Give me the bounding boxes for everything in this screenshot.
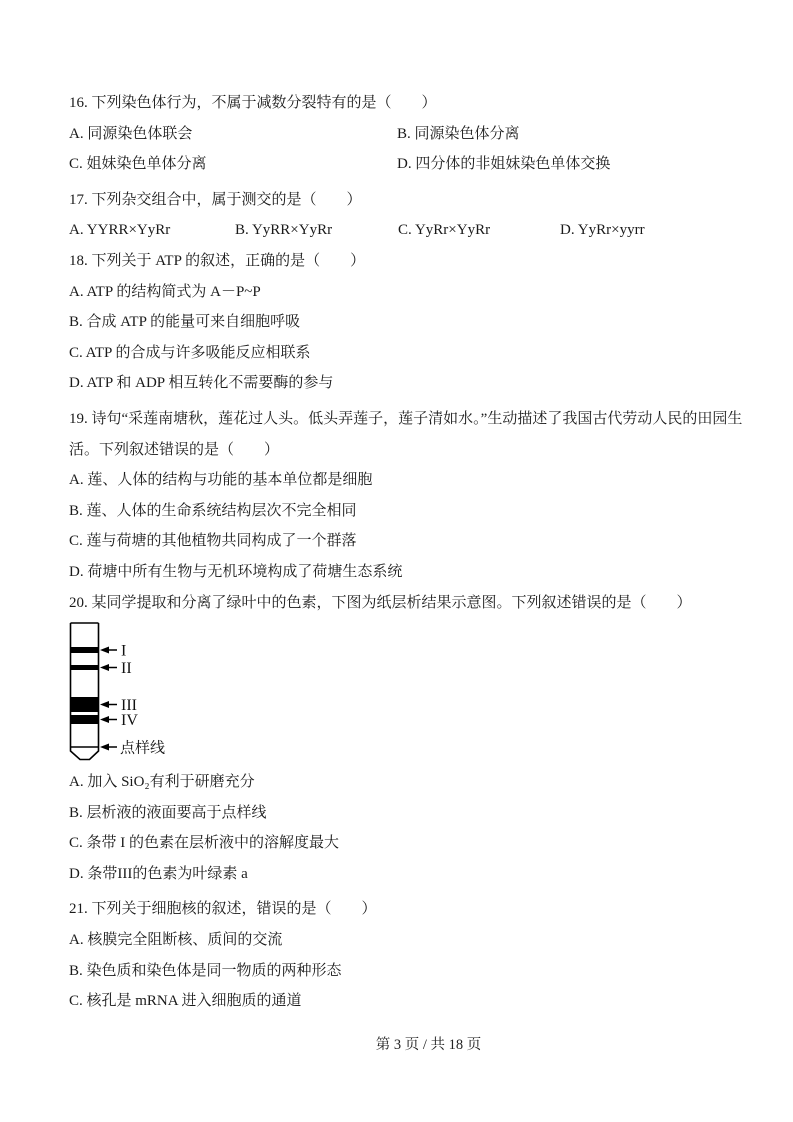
question-19-stem-line2: 活。下列叙述错误的是（ ） <box>69 435 749 466</box>
pigment-band-4 <box>71 715 99 724</box>
question-17-stem: 17. 下列杂交组合中，属于测交的是（ ） <box>69 185 749 216</box>
question-16-option-a: A. 同源染色体联会 <box>69 119 397 150</box>
origin-line-label: 点样线 <box>120 739 165 757</box>
chromatography-strip-figure: I II III IV 点样线 <box>69 621 254 767</box>
question-16-option-d: D. 四分体的非姐妹染色单体交换 <box>397 149 749 180</box>
question-19-stem-line1: 19. 诗句“采莲南塘秋，莲花过人头。低头弄莲子，莲子清如水。”生动描述了我国古… <box>69 404 749 435</box>
question-17-option-b: B. YyRR×YyRr <box>235 215 398 246</box>
question-19-option-b: B. 莲、人体的生命系统结构层次不完全相同 <box>69 496 749 527</box>
band-4-label: IV <box>121 712 138 729</box>
question-16-stem: 16. 下列染色体行为，不属于减数分裂特有的是（ ） <box>69 88 749 119</box>
band-2-arrow-icon <box>100 664 117 671</box>
question-20-option-d: D. 条带III的色素为叶绿素 a <box>69 859 749 890</box>
question-18-option-c: C. ATP 的合成与许多吸能反应相联系 <box>69 338 749 369</box>
question-21-option-b: B. 染色质和染色体是同一物质的两种形态 <box>69 956 749 987</box>
page-footer: 第 3 页 / 共 18 页 <box>0 1033 793 1054</box>
chromatography-diagram: I II III IV 点样线 <box>69 621 749 767</box>
question-18-option-a: A. ATP 的结构简式为 A－P~P <box>69 277 749 308</box>
question-21-option-c: C. 核孔是 mRNA 进入细胞质的通道 <box>69 986 749 1017</box>
question-20-option-a: A. 加入 SiO₂有利于研磨充分 <box>69 767 749 798</box>
band-3-arrow-icon <box>100 701 117 708</box>
question-19-option-d: D. 荷塘中所有生物与无机环境构成了荷塘生态系统 <box>69 557 749 588</box>
question-18-stem: 18. 下列关于 ATP 的叙述，正确的是（ ） <box>69 246 749 277</box>
question-17-option-a: A. YYRR×YyRr <box>69 215 235 246</box>
question-18-option-d: D. ATP 和 ADP 相互转化不需要酶的参与 <box>69 368 749 399</box>
question-20-option-b: B. 层析液的液面要高于点样线 <box>69 798 749 829</box>
pigment-band-2 <box>71 665 99 670</box>
pigment-band-3 <box>71 697 99 712</box>
question-16-options: A. 同源染色体联会 B. 同源染色体分离 C. 姐妹染色单体分离 D. 四分体… <box>69 119 749 180</box>
question-20-stem: 20. 某同学提取和分离了绿叶中的色素，下图为纸层析结果示意图。下列叙述错误的是… <box>69 588 749 619</box>
band-1-arrow-icon <box>100 647 117 654</box>
question-21-option-a: A. 核膜完全阻断核、质间的交流 <box>69 925 749 956</box>
question-17-options: A. YYRR×YyRr B. YyRR×YyRr C. YyRr×YyRr D… <box>69 215 749 246</box>
question-21-stem: 21. 下列关于细胞核的叙述，错误的是（ ） <box>69 894 749 925</box>
question-19-option-c: C. 莲与荷塘的其他植物共同构成了一个群落 <box>69 526 749 557</box>
exam-content: 16. 下列染色体行为，不属于减数分裂特有的是（ ） A. 同源染色体联会 B.… <box>69 88 749 1017</box>
question-16-option-b: B. 同源染色体分离 <box>397 119 749 150</box>
band-4-arrow-icon <box>100 716 117 723</box>
question-16-option-c: C. 姐妹染色单体分离 <box>69 149 397 180</box>
question-17-option-d: D. YyRr×yyrr <box>560 215 749 246</box>
question-19-option-a: A. 莲、人体的结构与功能的基本单位都是细胞 <box>69 465 749 496</box>
chromatography-strip <box>71 623 99 760</box>
question-20-option-c: C. 条带 I 的色素在层析液中的溶解度最大 <box>69 828 749 859</box>
question-18-option-b: B. 合成 ATP 的能量可来自细胞呼吸 <box>69 307 749 338</box>
pigment-band-1 <box>71 647 99 653</box>
band-1-label: I <box>121 643 126 660</box>
origin-line-arrow-icon <box>100 744 117 751</box>
question-17-option-c: C. YyRr×YyRr <box>398 215 560 246</box>
exam-page: 16. 下列染色体行为，不属于减数分裂特有的是（ ） A. 同源染色体联会 B.… <box>0 0 793 1122</box>
band-2-label: II <box>121 660 132 677</box>
